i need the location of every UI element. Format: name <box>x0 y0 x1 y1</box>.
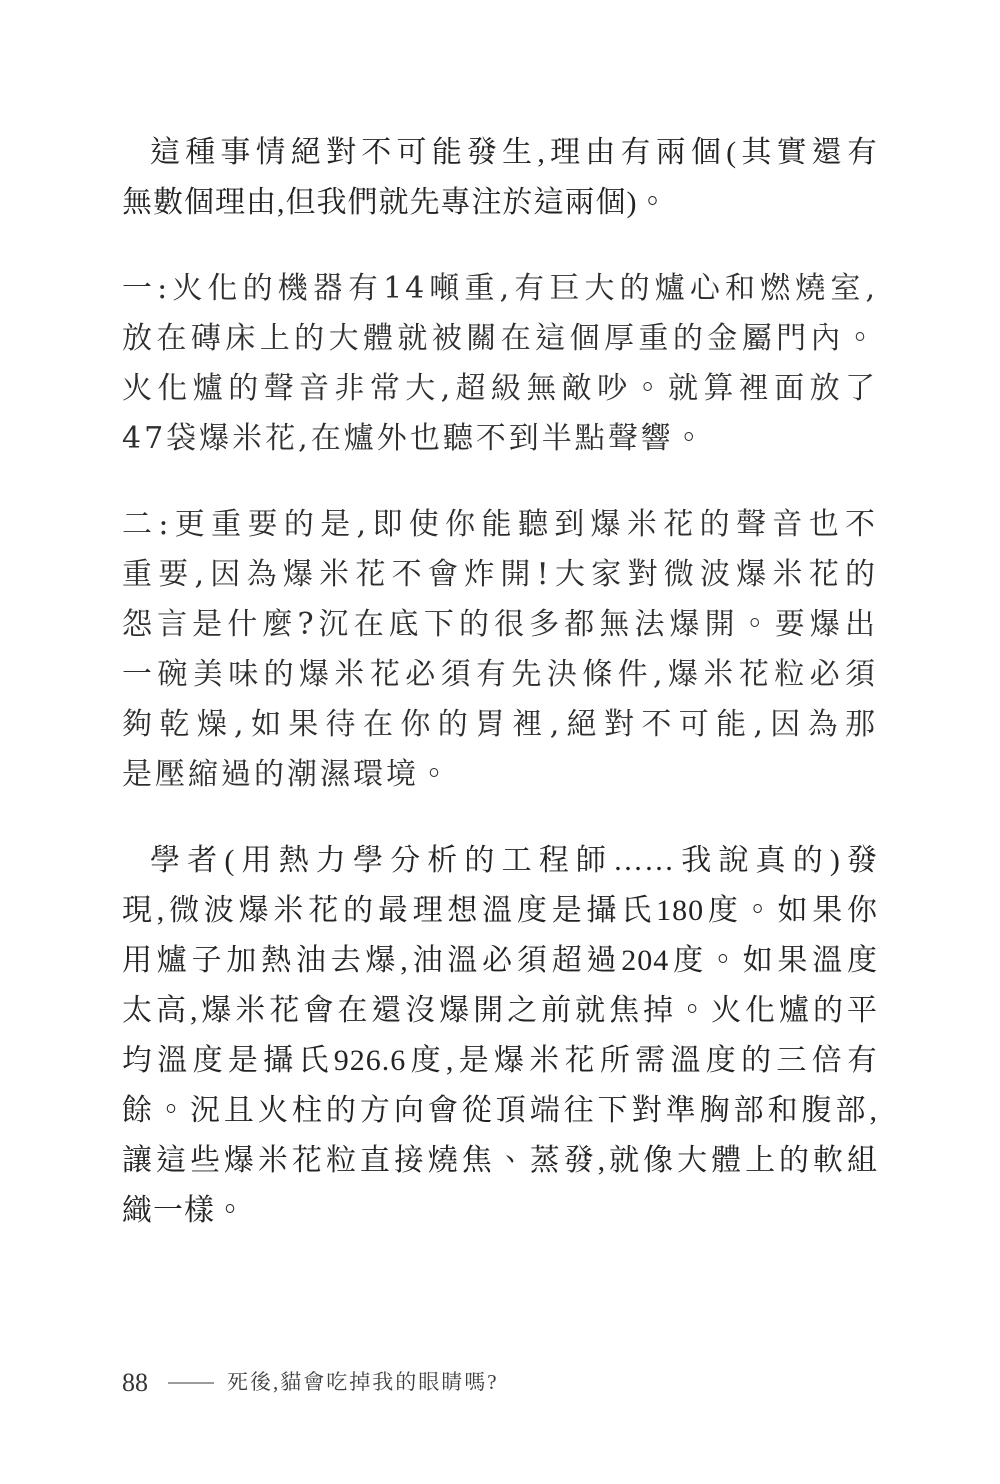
text-line: 一碗美味的爆米花必須有先決條件,爆米花粒必須 <box>122 650 878 700</box>
text-line: 織一樣。 <box>122 1186 878 1236</box>
text-line: 二:更重要的是,即使你能聽到爆米花的聲音也不 <box>122 500 878 550</box>
page-number: 88 <box>122 1370 148 1396</box>
text-line: 讓這些爆米花粒直接燒焦、蒸發,就像大體上的軟組 <box>122 1136 878 1186</box>
text-line: 無數個理由,但我們就先專注於這兩個)。 <box>122 178 878 228</box>
text-line: 47袋爆米花,在爐外也聽不到半點聲響。 <box>122 414 878 464</box>
text-line: 太高,爆米花會在還沒爆開之前就焦掉。火化爐的平 <box>122 986 878 1036</box>
book-title: 死後,貓會吃掉我的眼睛嗎? <box>227 1368 499 1397</box>
text-line: 火化爐的聲音非常大,超級無敵吵。就算裡面放了 <box>122 364 878 414</box>
text-line: 放在磚床上的大體就被關在這個厚重的金屬門內。 <box>122 314 878 364</box>
text-line: 學者(用熱力學分析的工程師……我說真的)發 <box>122 836 878 886</box>
page-footer: 88 死後,貓會吃掉我的眼睛嗎? <box>122 1368 878 1397</box>
book-page: 這種事情絕對不可能發生,理由有兩個(其實還有無數個理由,但我們就先專注於這兩個)… <box>0 0 1000 1484</box>
text-line: 一:火化的機器有14噸重,有巨大的爐心和燃燒室, <box>122 264 878 314</box>
intro-paragraph: 這種事情絕對不可能發生,理由有兩個(其實還有無數個理由,但我們就先專注於這兩個)… <box>122 128 878 228</box>
text-line: 餘。況且火柱的方向會從頂端往下對準胸部和腹部, <box>122 1086 878 1136</box>
text-line: 是壓縮過的潮濕環境。 <box>122 750 878 800</box>
text-line: 用爐子加熱油去爆,油溫必須超過204度。如果溫度 <box>122 936 878 986</box>
text-line: 夠乾燥,如果待在你的胃裡,絕對不可能,因為那 <box>122 700 878 750</box>
footer-divider-line <box>168 1382 214 1384</box>
text-line: 重要,因為爆米花不會炸開!大家對微波爆米花的 <box>122 550 878 600</box>
text-line: 這種事情絕對不可能發生,理由有兩個(其實還有 <box>122 128 878 178</box>
page-content: 這種事情絕對不可能發生,理由有兩個(其實還有無數個理由,但我們就先專注於這兩個)… <box>122 128 878 1236</box>
text-line: 均溫度是攝氏926.6度,是爆米花所需溫度的三倍有 <box>122 1036 878 1086</box>
text-line: 怨言是什麼?沉在底下的很多都無法爆開。要爆出 <box>122 600 878 650</box>
scholars-paragraph: 學者(用熱力學分析的工程師……我說真的)發現,微波爆米花的最理想溫度是攝氏180… <box>122 836 878 1236</box>
reason-two-paragraph: 二:更重要的是,即使你能聽到爆米花的聲音也不重要,因為爆米花不會炸開!大家對微波… <box>122 500 878 800</box>
reason-one-paragraph: 一:火化的機器有14噸重,有巨大的爐心和燃燒室,放在磚床上的大體就被關在這個厚重… <box>122 264 878 464</box>
text-line: 現,微波爆米花的最理想溫度是攝氏180度。如果你 <box>122 886 878 936</box>
